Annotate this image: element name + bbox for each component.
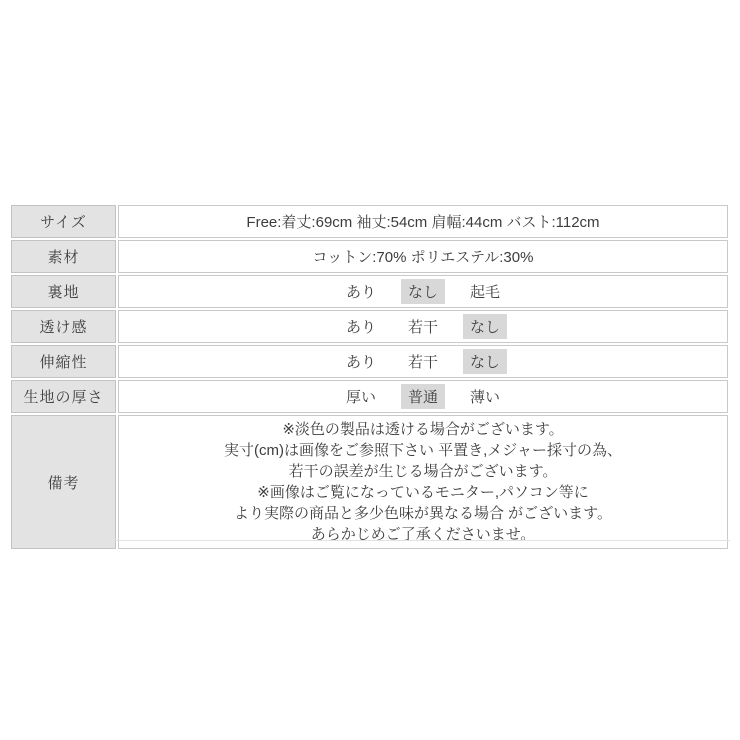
note-line: ※画像はご覧になっているモニター,パソコン等に: [129, 482, 717, 503]
option: 若干: [401, 314, 445, 339]
row-label-thickness: 生地の厚さ: [11, 380, 116, 413]
row-label-remarks: 備考: [11, 415, 116, 549]
table-row-stretch: 伸縮性 あり若干なし: [11, 345, 728, 378]
row-label-sheerness: 透け感: [11, 310, 116, 343]
option: あり: [339, 349, 383, 374]
option: なし: [463, 314, 507, 339]
row-label-material: 素材: [11, 240, 116, 273]
note-line: あらかじめご了承くださいませ。: [129, 524, 717, 545]
table-row-size: サイズ Free:着丈:69cm 袖丈:54cm 肩幅:44cm バスト:112…: [11, 205, 728, 238]
row-options-thickness: 厚い普通薄い: [118, 380, 728, 413]
option: なし: [401, 279, 445, 304]
row-notes-remarks: ※淡色の製品は透ける場合がございます。 実寸(cm)は画像をご参照下さい 平置き…: [118, 415, 728, 549]
note-line: 若干の誤差が生じる場合がございます。: [129, 461, 717, 482]
row-value-material: コットン:70% ポリエステル:30%: [118, 240, 728, 273]
row-options-lining: ありなし起毛: [118, 275, 728, 308]
product-spec-page: サイズ Free:着丈:69cm 袖丈:54cm 肩幅:44cm バスト:112…: [0, 0, 740, 740]
option: なし: [463, 349, 507, 374]
table-row-material: 素材 コットン:70% ポリエステル:30%: [11, 240, 728, 273]
table-row-remarks: 備考 ※淡色の製品は透ける場合がございます。 実寸(cm)は画像をご参照下さい …: [11, 415, 728, 549]
row-label-lining: 裏地: [11, 275, 116, 308]
note-line: 実寸(cm)は画像をご参照下さい 平置き,メジャー採寸の為、: [129, 440, 717, 461]
option: あり: [339, 279, 383, 304]
row-value-size: Free:着丈:69cm 袖丈:54cm 肩幅:44cm バスト:112cm: [118, 205, 728, 238]
table-row-thickness: 生地の厚さ 厚い普通薄い: [11, 380, 728, 413]
option: 薄い: [463, 384, 507, 409]
table-bottom-shadow: [12, 540, 730, 541]
option: 厚い: [339, 384, 383, 409]
row-options-sheerness: あり若干なし: [118, 310, 728, 343]
table-row-sheerness: 透け感 あり若干なし: [11, 310, 728, 343]
option: 起毛: [463, 279, 507, 304]
table-row-lining: 裏地 ありなし起毛: [11, 275, 728, 308]
note-line: ※淡色の製品は透ける場合がございます。: [129, 419, 717, 440]
product-spec-table: サイズ Free:着丈:69cm 袖丈:54cm 肩幅:44cm バスト:112…: [9, 203, 730, 551]
option: 普通: [401, 384, 445, 409]
option: あり: [339, 314, 383, 339]
note-line: より実際の商品と多少色味が異なる場合 がございます。: [129, 503, 717, 524]
option: 若干: [401, 349, 445, 374]
row-label-size: サイズ: [11, 205, 116, 238]
row-label-stretch: 伸縮性: [11, 345, 116, 378]
row-options-stretch: あり若干なし: [118, 345, 728, 378]
